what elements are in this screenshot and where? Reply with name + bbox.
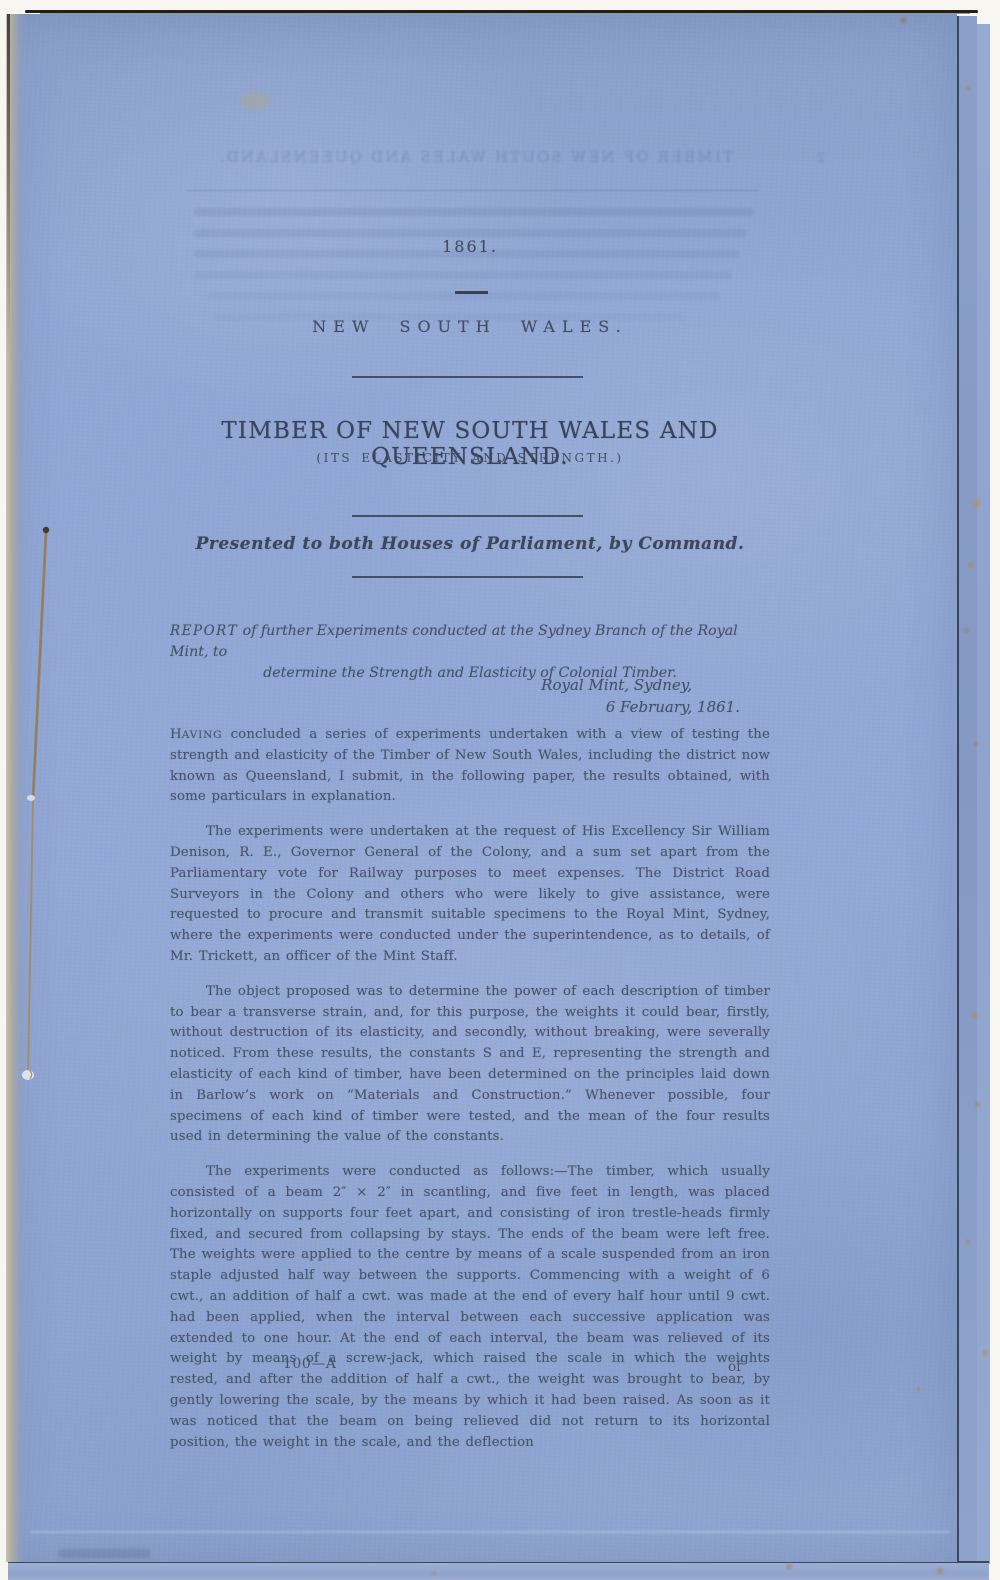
stain-smudge (238, 92, 272, 110)
page: 2 TIMBER OF NEW SOUTH WALES AND QUEENSLA… (6, 14, 957, 1562)
scanned-document: 2 TIMBER OF NEW SOUTH WALES AND QUEENSLA… (0, 0, 1000, 1580)
under-page-edge-bottom (8, 1561, 989, 1580)
ghost-text-line (194, 229, 747, 237)
divider-rule (352, 576, 583, 578)
presentation-line: Presented to both Houses of Parliament, … (170, 534, 770, 554)
page-top-edge-thin (40, 13, 970, 14)
imprint-number: 100—A (283, 1356, 336, 1372)
paragraph: The object proposed was to determine the… (170, 982, 770, 1148)
divider-rule (352, 376, 583, 378)
ghost-rule (186, 190, 758, 191)
dateline-date: 6 February, 1861. (170, 696, 740, 718)
divider-rule (352, 515, 583, 517)
stitch-hole-middle (27, 795, 35, 801)
ghost-showthrough-header: 2 TIMBER OF NEW SOUTH WALES AND QUEENSLA… (180, 150, 825, 166)
paragraph-lead-smallcaps: AVING (182, 729, 223, 741)
year-heading: 1861. (170, 237, 770, 256)
under-page-edge-inner (957, 16, 977, 1564)
thread-shadow (33, 531, 46, 799)
catchword: of (728, 1359, 741, 1375)
region-heading: NEW SOUTH WALES. (170, 317, 770, 336)
paragraph: The experiments were conducted as follow… (170, 1162, 770, 1453)
ghost-page-number: 2 (817, 151, 825, 166)
body-text: HAVING concluded a series of experiments… (170, 725, 770, 1467)
dateline: Royal Mint, Sydney, 6 February, 1861. (170, 674, 740, 718)
spine-edge-line (7, 14, 10, 354)
dateline-place: Royal Mint, Sydney, (170, 674, 740, 696)
report-heading-line1-rest: of further Experiments conducted at the … (170, 623, 738, 660)
paragraph: HAVING concluded a series of experiments… (170, 725, 770, 808)
paragraph-text: concluded a series of experiments undert… (170, 727, 770, 804)
report-lead-word: REPORT (170, 623, 238, 639)
paragraph: The experiments were undertaken at the r… (170, 822, 770, 968)
ghost-running-title: TIMBER OF NEW SOUTH WALES AND QUEENSLAND… (180, 150, 771, 166)
paragraph-lead-cap: H (170, 727, 182, 742)
ghost-text-line (58, 1549, 150, 1558)
binding-thread (18, 509, 58, 1094)
ghost-text-line (194, 271, 732, 279)
document-subtitle: (ITS ELASTICITY AND STRENGTH.) (170, 451, 770, 465)
paper-crease (30, 1531, 950, 1533)
stitch-hole-top (43, 527, 49, 533)
report-heading-line1: REPORT of further Experiments conducted … (170, 621, 770, 663)
ghost-text-line (194, 208, 754, 216)
short-rule (455, 291, 488, 294)
